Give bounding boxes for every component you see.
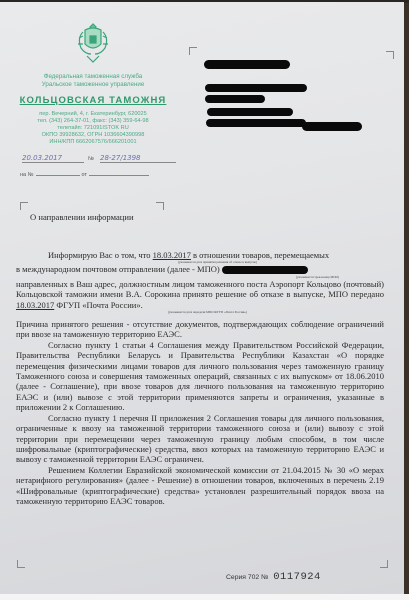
letterhead: Федеральная таможенная служба Уральское … xyxy=(18,20,168,146)
ref-date-blank xyxy=(89,175,149,176)
paragraph-2: Причина принятого решения - отсутствие д… xyxy=(16,319,384,340)
registration-date: 20.03.2017 xyxy=(22,154,84,163)
p1-end: ФГУП «Почта России». xyxy=(56,300,142,310)
registration-number: 28-27/1398 xyxy=(100,154,176,163)
office-teletype: телетайп: 721091ISTOK RU xyxy=(18,125,168,132)
ref-from-label: от xyxy=(82,172,87,178)
ref-number-blank xyxy=(36,175,80,176)
p1-suffix: в отношении товаров, перемещаемых xyxy=(193,250,329,260)
transfer-date: 18.03.2017 xyxy=(16,300,54,310)
paragraph-1: Информирую Вас о том, что 18.03.2017 в о… xyxy=(16,250,384,314)
document-page: Федеральная таможенная служба Уральское … xyxy=(0,2,404,594)
letter-subject: О направлении информации xyxy=(30,212,134,222)
registration-line: 20.03.2017 № 28-27/1398 xyxy=(20,154,180,168)
recipient-redaction-3 xyxy=(205,95,265,103)
background-bottom xyxy=(0,594,409,600)
series-number: 0117924 xyxy=(273,571,321,583)
refusal-date: 18.03.2017 xyxy=(153,250,191,260)
ref-number-label: на № xyxy=(20,172,34,178)
p1-prefix: Информирую Вас о том, что xyxy=(48,250,151,260)
body-corner-bl xyxy=(17,560,25,568)
series-label: Серия 702 № xyxy=(226,574,268,581)
note-transfer-date: (указывается дата передачи МПО ФГУП «Поч… xyxy=(136,310,384,314)
office-address: пер. Вечерний, 4, г. Екатеринбург, 62002… xyxy=(18,111,168,118)
number-label: № xyxy=(88,156,94,162)
office-phones: тел. (343) 264-37-01, факс: (343) 359-64… xyxy=(18,118,168,125)
p1-line2: в международном почтовом отправлении (да… xyxy=(16,264,220,274)
tracking-number-redaction xyxy=(222,266,308,274)
letter-body: Информирую Вас о том, что 18.03.2017 в о… xyxy=(16,250,384,506)
department-name: Уральское таможенное управление xyxy=(18,81,168,89)
reference-line: на №от xyxy=(20,172,149,178)
recipient-redaction-6 xyxy=(302,122,362,131)
address-corner-tl xyxy=(189,47,197,55)
recipient-redaction-1 xyxy=(204,60,290,69)
office-okpo-ogrn: ОКПО 39928632, ОГРН 1036604390998 xyxy=(18,132,168,139)
double-headed-eagle-emblem-icon xyxy=(75,20,111,64)
address-corner-tr xyxy=(386,51,394,59)
paragraph-3: Согласно пункту 1 статьи 4 Соглашения ме… xyxy=(16,340,384,413)
paragraph-4: Согласно пункту 1 перечня II приложения … xyxy=(16,413,384,465)
form-serial: Серия 702 № 0117924 xyxy=(226,571,321,583)
recipient-redaction-2 xyxy=(205,84,307,92)
service-name: Федеральная таможенная служба xyxy=(18,73,168,81)
office-name: КОЛЬЦОВСКАЯ ТАМОЖНЯ xyxy=(18,95,168,106)
paragraph-5: Решением Коллегии Евразийской экономичес… xyxy=(16,465,384,507)
body-corner-br xyxy=(380,560,388,568)
office-inn-kpp: ИНН/КПП 6662067576/666201001 xyxy=(18,139,168,146)
p1-line3: направленных в Ваш адрес, должностным ли… xyxy=(16,279,384,299)
subject-corner-tr xyxy=(156,202,164,210)
recipient-redaction-4 xyxy=(207,108,293,116)
subject-corner-tl xyxy=(20,202,28,210)
recipient-redaction-5 xyxy=(206,119,306,127)
